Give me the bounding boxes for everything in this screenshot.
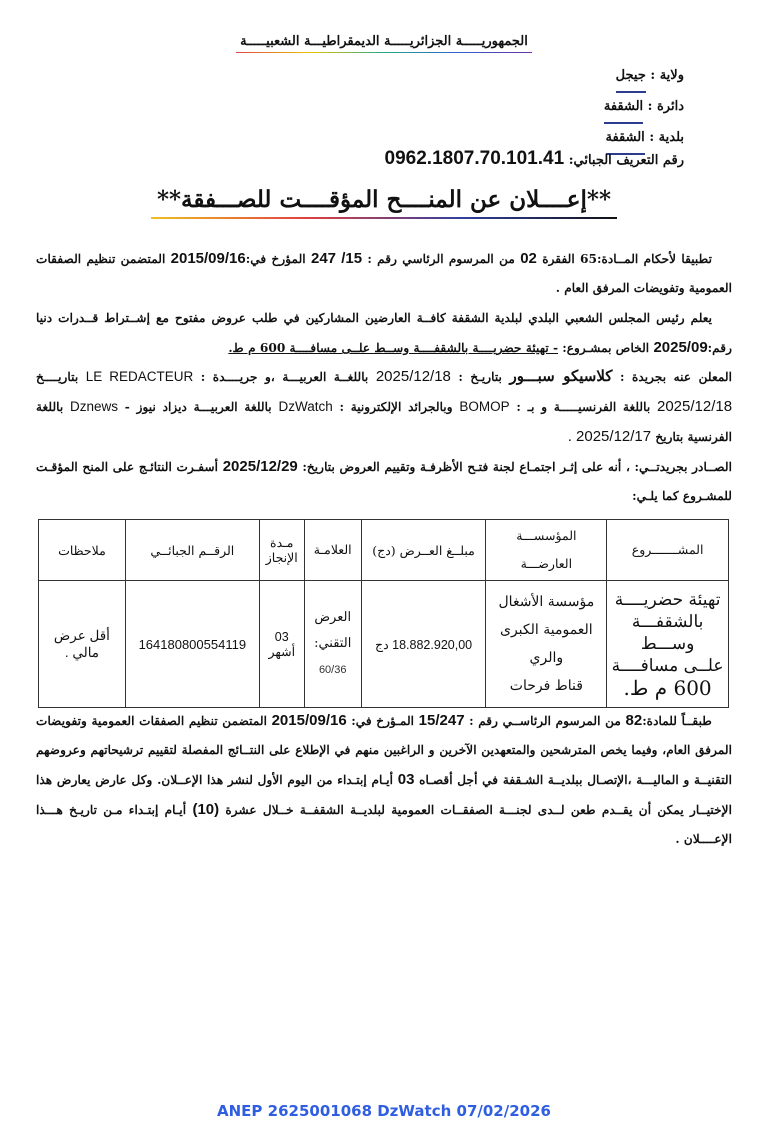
cell-project: تهيئة حضريــــة بالشقفـــة وســـط علــى …: [607, 581, 729, 708]
header-duration: مـدة الإنجاز: [259, 520, 304, 581]
tax-id-line: رقم التعريف الجبائي: 0962.1807.70.101.41: [385, 148, 684, 170]
cell-nif: 164180800554119: [125, 581, 259, 708]
header-score: العلامـة: [304, 520, 361, 581]
announcement-page: الجمهوريـــــة الجزائريـــــة الديمقراطي…: [0, 0, 768, 1138]
paragraph-tender-notice: يعلم رئيس المجلس الشعبي البلدي لبلدية ال…: [36, 304, 732, 363]
table-row: تهيئة حضريــــة بالشقفـــة وســـط علــى …: [39, 581, 729, 708]
header-company: المؤسســـة العارضـــة: [486, 520, 607, 581]
paragraph-evaluation-results: الصــادر بجريدتــي: ، أنه على إثـر اجتمـ…: [36, 452, 732, 511]
cell-duration: 03 أشهر: [259, 581, 304, 708]
cell-company: مؤسسة الأشغال العمومية الكبرى والري قناط…: [486, 581, 607, 708]
wilaya-value: جيجل: [616, 62, 646, 93]
announcement-title: **إعــــلان عن المنــــح المؤقــــت للصـ…: [0, 186, 768, 213]
publication-reference: ANEP 2625001068 DzWatch 07/02/2026: [0, 1102, 768, 1120]
tax-id-label: رقم التعريف الجبائي:: [569, 153, 684, 168]
paragraph-appeal-rights: طبقــاً للمادة:82 من المرسوم الرئاســي ر…: [36, 706, 732, 854]
paragraph-publications: المعلن عنه بجريدة : كلاسيكو سبـــور بتار…: [36, 362, 732, 452]
republic-heading: الجمهوريـــــة الجزائريـــــة الديمقراطي…: [0, 34, 768, 49]
administrative-info: ولاية : جيجل دائرة : الشقفة بلدية : الشق…: [604, 62, 684, 155]
cell-notes: أقل عرض مالي .: [39, 581, 126, 708]
header-nif: الرقــم الجبائــي: [125, 520, 259, 581]
cell-score: العرض التقني: 60/36: [304, 581, 361, 708]
tax-id-value: 0962.1807.70.101.41: [385, 148, 565, 169]
daira-row: دائرة : الشقفة: [604, 93, 684, 124]
daira-value: الشقفة: [604, 93, 643, 124]
table-header-row: المشـــــــروع المؤسســـة العارضـــة مبل…: [39, 520, 729, 581]
header-project: المشـــــــروع: [607, 520, 729, 581]
paragraph-legal-basis: تطبيقا لأحكام المــادة:65 الفقرة 02 من ا…: [36, 244, 732, 303]
cell-amount: 18.882.920,00 دج: [361, 581, 486, 708]
wilaya-row: ولاية : جيجل: [604, 62, 684, 93]
header-notes: ملاحظات: [39, 520, 126, 581]
header-amount: مبلــغ العــرض (دج): [361, 520, 486, 581]
award-results-table: المشـــــــروع المؤسســـة العارضـــة مبل…: [38, 519, 729, 708]
